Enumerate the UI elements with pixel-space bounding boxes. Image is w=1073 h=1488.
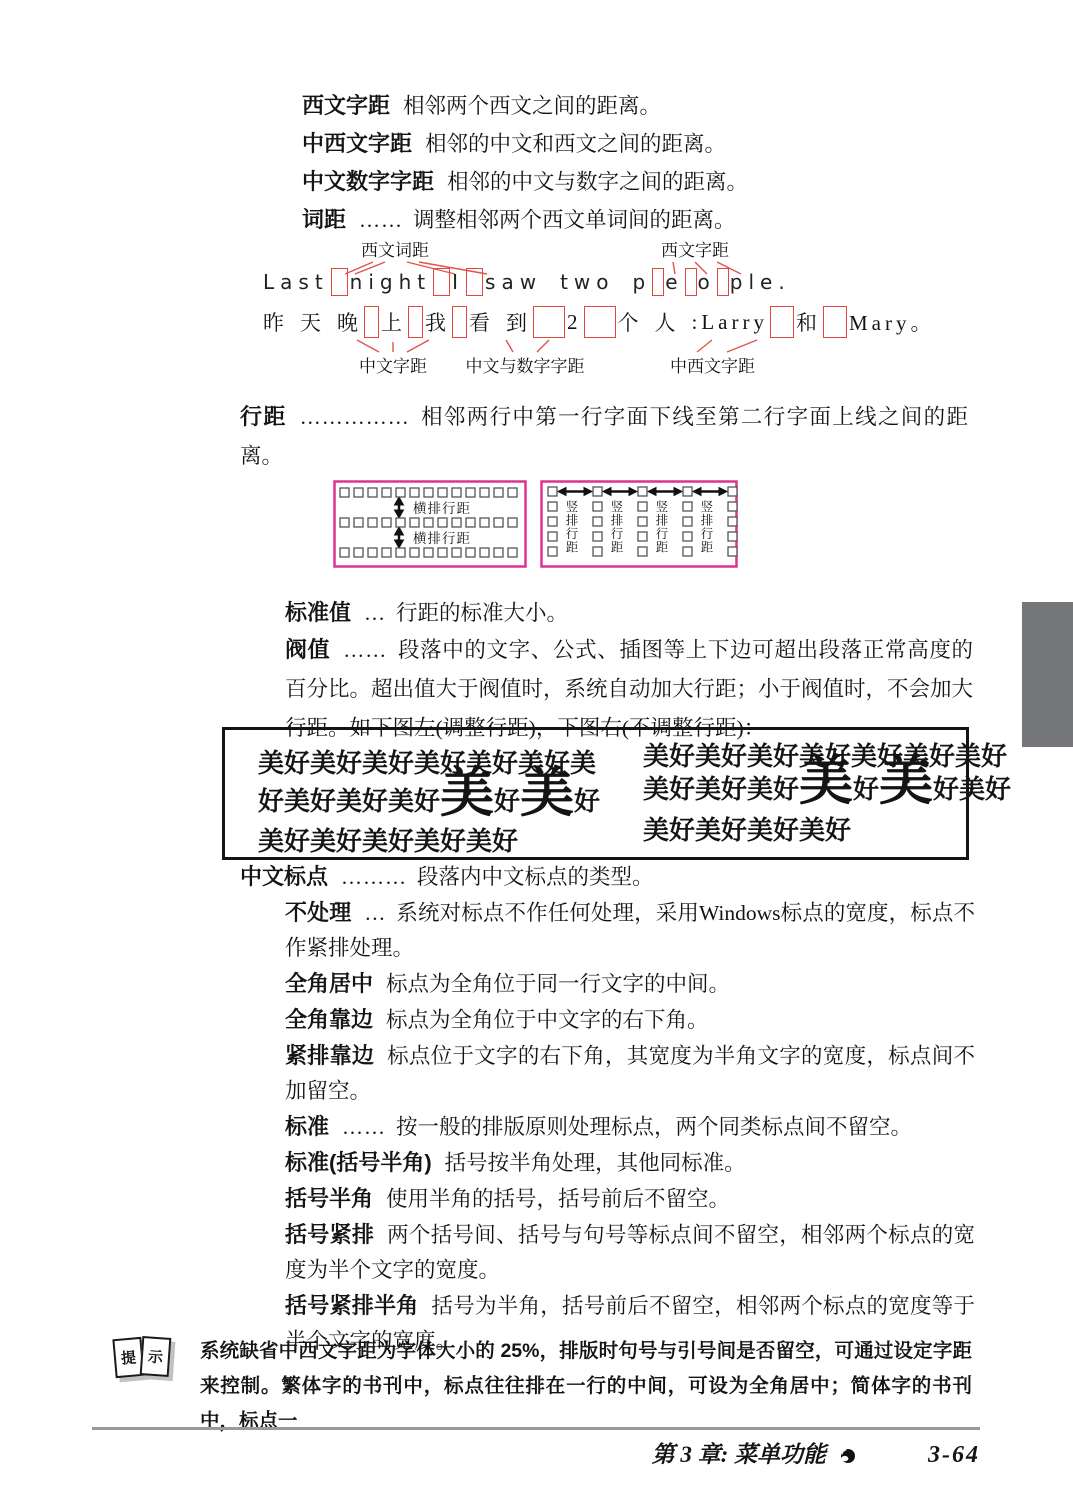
sample-text: 和: [796, 307, 821, 337]
grid-square: [466, 548, 475, 557]
grid-square: [548, 532, 557, 541]
definition-text: 段落内中文标点的类型。: [417, 865, 654, 889]
sample-right-line3: 美好美好美好美好: [643, 810, 851, 847]
definition-line: 中文数字字距相邻的中文与数字之间的距离。: [302, 164, 922, 202]
sample-left-line2: 好美好美好美好美好美好: [258, 764, 600, 820]
term-tight-bracket: 括号紧排: [285, 1222, 374, 1247]
footer-rule: [92, 1427, 980, 1430]
grid-square: [452, 548, 461, 557]
grid-square: [368, 518, 377, 527]
sample-text: 好: [494, 781, 520, 818]
definition-text: 括号按半角处理，其他同标准。: [445, 1151, 746, 1175]
grid-square: [638, 532, 647, 541]
label-vertical-spacing-1: 竖排行距: [564, 500, 578, 554]
sample-text: 人: [655, 307, 680, 337]
term-standard-halfwidth-bracket: 标准(括号半角): [285, 1150, 432, 1175]
grid-square: [683, 532, 692, 541]
grid-square: [683, 547, 692, 556]
sample-text: 美好美好美好: [643, 769, 799, 806]
term-standard-value: 标准值: [285, 600, 351, 625]
definition-text: 相邻的中文与数字之间的距离。: [447, 170, 748, 194]
sample-text: 个: [618, 307, 643, 337]
chinese-punctuation-section: 中文标点………段落内中文标点的类型。 不处理…系统对标点不作任何处理，采用Win…: [240, 860, 972, 1360]
grid-square: [548, 517, 557, 526]
sample-text: 好美好: [933, 769, 1011, 806]
grid-square: [396, 488, 405, 497]
grid-square: [382, 488, 391, 497]
sample-text: 晚: [337, 307, 362, 337]
horizontal-linespacing-diagram: 横排行距 横排行距: [333, 480, 527, 568]
spacing-marker-box: [685, 268, 697, 296]
grid-square: [593, 502, 602, 511]
footer-chapter-title: 第 3 章: 菜单功能: [652, 1442, 826, 1467]
grid-square: [508, 488, 517, 497]
sample-text: 上: [381, 307, 406, 337]
definition-text: 系统对标点不作任何处理，采用Windows标点的宽度，标点不作紧排处理。: [285, 901, 975, 960]
grid-square: [728, 487, 737, 496]
grid-square: [340, 518, 349, 527]
sample-text: 天: [300, 307, 325, 337]
term-fullwidth-center: 全角居中: [285, 971, 373, 996]
term-tight-edge: 紧排靠边: [285, 1043, 374, 1068]
term-line-spacing: 行距: [240, 404, 287, 429]
spacing-marker-box: [717, 268, 729, 296]
definition-text: 标点为全角位于中文字的右下角。: [386, 1008, 709, 1032]
definition-text: 标点位于文字的右下角，其宽度为半角文字的宽度，标点间不加留空。: [285, 1044, 975, 1103]
grid-square: [638, 517, 647, 526]
definition-text: 调整相邻两个西文单词间的距离。: [413, 208, 736, 232]
definition-text: 两个括号间、括号与句号等标点间不留空，相邻两个标点的宽度为半个文字的宽度。: [285, 1223, 975, 1282]
sample-text: :Larry: [692, 310, 768, 335]
term-fullwidth-edge: 全角靠边: [285, 1007, 373, 1032]
grid-square: [340, 488, 349, 497]
grid-square: [728, 517, 737, 526]
definition-text: 段落中的文字、公式、插图等上下边可超出段落正常高度的百分比。超出值大于阀值时，系…: [285, 638, 973, 740]
grid-square: [480, 548, 489, 557]
punctuation-item: 紧排靠边标点位于文字的右下角，其宽度为半角文字的宽度，标点间不加留空。: [285, 1039, 975, 1110]
manual-page: 西文字距相邻两个西文之间的距离。 中西文字距相邻的中文和西文之间的距离。 中文数…: [0, 0, 1073, 1488]
grid-square: [424, 548, 433, 557]
grid-square: [548, 502, 557, 511]
grid-square: [354, 548, 363, 557]
footer-page-number: 3-64: [928, 1442, 980, 1468]
sample-text: two: [560, 270, 614, 294]
sample-text: 好: [853, 769, 879, 806]
spacing-marker-box: [331, 268, 348, 296]
term-word-spacing: 词距: [302, 207, 346, 232]
grid-square: [410, 488, 419, 497]
dots-leader: …: [364, 901, 386, 925]
definition-text: 使用半角的括号，括号前后不留空。: [386, 1187, 730, 1211]
label-horizontal-spacing-1: 横排行距: [413, 497, 471, 517]
grid-square: [593, 487, 602, 496]
sample-text: I: [452, 270, 464, 294]
term-cn-num-spacing: 中文数字字距: [302, 169, 434, 194]
grid-square: [368, 548, 377, 557]
dots-leader: …: [364, 601, 386, 625]
grid-square: [382, 548, 391, 557]
sample-text: saw: [485, 270, 542, 294]
dots-leader: ……: [343, 638, 387, 662]
punctuation-item: 标准……按一般的排版原则处理标点，两个同类标点间不留空。: [285, 1110, 975, 1146]
spacing-marker-box: [533, 306, 565, 338]
punctuation-item: 标准(括号半角)括号按半角处理，其他同标准。: [285, 1146, 975, 1182]
line-spacing-paragraph: 行距……………相邻两行中第一行字面下线至第二行字面上线之间的距离。: [240, 398, 968, 477]
spacing-marker-box: [433, 268, 450, 296]
tip-note-text: 系统缺省中西文字距为字体大小的 25%，排版时句号与引号间是否留空，可通过设定字…: [200, 1334, 972, 1439]
label-west-char-spacing: 西文字距: [640, 236, 750, 261]
grid-square: [593, 532, 602, 541]
grid-square: [466, 518, 475, 527]
grid-square: [683, 502, 692, 511]
sample-big-char: 美: [520, 766, 574, 820]
definition-line: 西文字距相邻两个西文之间的距离。: [302, 88, 922, 126]
spacing-marker-box: [823, 306, 847, 338]
sample-big-char: 美: [879, 754, 933, 808]
grid-square: [354, 488, 363, 497]
grid-square: [508, 518, 517, 527]
tip-icon-right-page: 示: [140, 1336, 172, 1377]
vertical-linespacing-diagram: 竖排行距 竖排行距 竖排行距 竖排行距: [540, 480, 738, 568]
chinese-sample-line: 昨天晚上我看到2个人:Larry和Mary。: [263, 306, 935, 338]
punctuation-item: 括号半角使用半角的括号，括号前后不留空。: [285, 1182, 975, 1218]
grid-square: [452, 488, 461, 497]
sample-text: p: [633, 270, 652, 294]
grid-square: [438, 488, 447, 497]
definition-text: 相邻两个西文之间的距离。: [403, 94, 661, 118]
spacing-marker-box: [466, 268, 483, 296]
term-no-processing: 不处理: [285, 900, 351, 925]
sample-right-line2: 美好美好美好美好美好美好: [643, 752, 1011, 808]
spacing-marker-box: [770, 306, 794, 338]
chapter-side-tab: [1022, 602, 1073, 747]
grid-square: [424, 488, 433, 497]
sample-big-char: 美: [799, 754, 853, 808]
grid-square: [593, 547, 602, 556]
punctuation-item: 全角居中标点为全角位于同一行文字的中间。: [285, 967, 975, 1003]
grid-square: [494, 488, 503, 497]
dots-leader: ……: [342, 1115, 386, 1139]
grid-square: [638, 487, 647, 496]
sample-text: e: [665, 270, 683, 294]
footer: 第 3 章: 菜单功能3-64: [92, 1436, 980, 1470]
grid-square: [410, 518, 419, 527]
grid-square: [593, 517, 602, 526]
sample-text: Mary。: [849, 307, 936, 337]
tip-icon-right-char: 示: [147, 1346, 163, 1368]
sample-big-char: 美: [440, 766, 494, 820]
term-standard: 标准: [285, 1114, 329, 1139]
grid-square: [438, 548, 447, 557]
sample-text: 昨: [263, 307, 288, 337]
dots-leader: ……………: [300, 405, 410, 429]
english-sample-line: LastnightIsawtwopeople.: [263, 268, 791, 296]
sample-text: 我: [425, 307, 450, 337]
sample-text: 到: [506, 307, 531, 337]
term-cn-west-spacing: 中西文字距: [302, 131, 412, 156]
spacing-marker-box: [652, 268, 664, 296]
term-halfwidth-bracket: 括号半角: [285, 1186, 373, 1211]
grid-square: [452, 518, 461, 527]
grid-square: [638, 547, 647, 556]
grid-square: [638, 502, 647, 511]
sphere-logo-icon: [840, 1444, 856, 1470]
sample-text: ple.: [730, 270, 791, 294]
grid-square: [396, 548, 405, 557]
label-cn-char-spacing: 中文字距: [343, 352, 443, 377]
spacing-marker-box: [364, 306, 379, 338]
sample-text: night: [350, 270, 431, 294]
grid-square: [438, 518, 447, 527]
grid-square: [728, 532, 737, 541]
definition-line: 中西文字距相邻的中文和西文之间的距离。: [302, 126, 922, 164]
sample-text: 好: [574, 781, 600, 818]
label-vertical-spacing-2: 竖排行距: [609, 500, 623, 554]
tip-book-icon: 提 示: [110, 1333, 172, 1381]
spacing-marker-box: [452, 306, 467, 338]
punctuation-item: 全角靠边标点为全角位于中文字的右下角。: [285, 1003, 975, 1039]
sample-text: o: [698, 270, 716, 294]
grid-square: [410, 548, 419, 557]
term-chinese-punctuation: 中文标点: [240, 864, 328, 889]
label-cn-west-spacing: 中西文字距: [655, 352, 770, 377]
grid-square: [396, 518, 405, 527]
spacing-example-diagram: 西文词距 西文字距 LastnightIsawtwopeople. 昨天晚上我看…: [255, 232, 855, 382]
linespacing-sample-box: 美好美好美好美好美好美好美 好美好美好美好美好美好 美好美好美好美好美好 美好美…: [222, 727, 969, 860]
term-threshold: 阀值: [285, 637, 330, 662]
standard-value-line: 标准值…行距的标准大小。: [285, 595, 975, 633]
term-tight-halfwidth-bracket: 括号紧排半角: [285, 1293, 419, 1318]
dots-leader: ……: [359, 208, 403, 232]
dots-leader: ………: [341, 865, 407, 889]
sample-text: 好美好美好美好: [258, 781, 440, 818]
label-vertical-spacing-3: 竖排行距: [654, 500, 668, 554]
grid-square: [683, 487, 692, 496]
punctuation-item: 括号紧排两个括号间、括号与句号等标点间不留空，相邻两个标点的宽度为半个文字的宽度…: [285, 1218, 975, 1289]
grid-square: [424, 518, 433, 527]
label-west-word-spacing: 西文词距: [340, 236, 450, 261]
grid-square: [548, 487, 557, 496]
sample-text: 看: [469, 307, 494, 337]
grid-square: [494, 518, 503, 527]
grid-square: [480, 518, 489, 527]
sample-left-line3: 美好美好美好美好美好: [258, 821, 518, 858]
punctuation-heading: 中文标点………段落内中文标点的类型。: [240, 860, 972, 896]
term-west-char-spacing: 西文字距: [302, 93, 390, 118]
grid-square: [354, 518, 363, 527]
label-cn-num-spacing: 中文与数字字距: [450, 352, 600, 377]
spacing-marker-box: [408, 306, 423, 338]
grid-square: [548, 547, 557, 556]
definition-text: 行距的标准大小。: [396, 601, 568, 625]
sample-text: Last: [263, 270, 329, 294]
grid-square: [466, 488, 475, 497]
grid-square: [480, 488, 489, 497]
punctuation-item: 不处理…系统对标点不作任何处理，采用Windows标点的宽度，标点不作紧排处理。: [285, 896, 975, 967]
definition-text: 按一般的排版原则处理标点，两个同类标点间不留空。: [396, 1115, 912, 1139]
grid-square: [728, 502, 737, 511]
grid-square: [368, 488, 377, 497]
label-horizontal-spacing-2: 横排行距: [413, 527, 471, 547]
grid-square: [508, 548, 517, 557]
char-spacing-definitions: 西文字距相邻两个西文之间的距离。 中西文字距相邻的中文和西文之间的距离。 中文数…: [302, 88, 922, 240]
tip-icon-left-char: 提: [120, 1346, 137, 1368]
definition-text: 相邻的中文和西文之间的距离。: [425, 132, 726, 156]
label-vertical-spacing-4: 竖排行距: [699, 500, 713, 554]
grid-square: [382, 518, 391, 527]
grid-square: [728, 547, 737, 556]
grid-square: [494, 548, 503, 557]
spacing-marker-box: [584, 306, 616, 338]
square-grid-horizontal: [333, 480, 527, 568]
definition-text: 标点为全角位于同一行文字的中间。: [386, 972, 730, 996]
grid-square: [340, 548, 349, 557]
sample-text: 2: [567, 310, 582, 335]
grid-square: [683, 517, 692, 526]
